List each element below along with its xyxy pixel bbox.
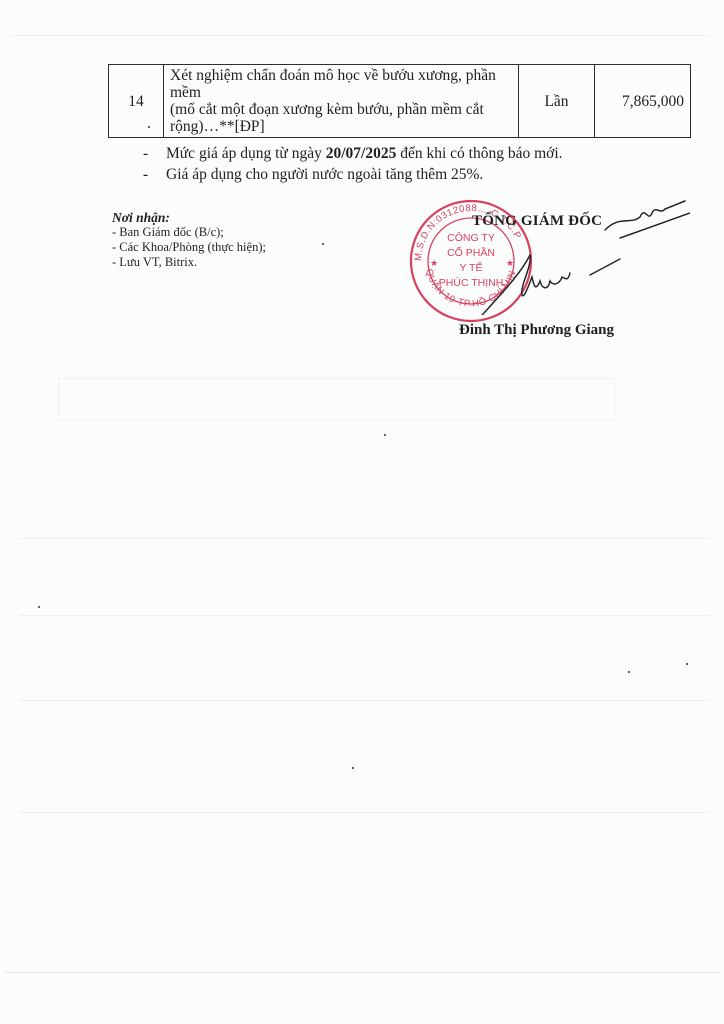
price: 7,865,000 [595,65,691,138]
row-number: 14 [109,65,164,138]
handwritten-signature-icon [470,195,690,315]
bleed-through-line [20,615,710,616]
document-page: 14 Xét nghiệm chẩn đoán mô học về bướu x… [0,0,724,1024]
note-prefix: Mức giá áp dụng từ ngày [166,145,326,162]
service-name-line: Xét nghiệm chẩn đoán mô học về bướu xươn… [170,67,512,101]
note-suffix: đến khi có thông báo mới. [396,145,562,162]
notes-list: - Mức giá áp dụng từ ngày 20/07/2025 đến… [143,143,563,185]
recipient-item: - Các Khoa/Phòng (thực hiện); [112,240,266,255]
bullet: - [143,164,166,185]
bleed-through-line [20,812,710,813]
scan-speck [686,663,688,665]
price-table: 14 Xét nghiệm chẩn đoán mô học về bướu x… [108,64,691,138]
scan-speck [322,243,324,245]
note-item: - Giá áp dụng cho người nước ngoài tăng … [143,164,563,185]
signer-name: Đinh Thị Phương Giang [459,322,614,339]
recipients: Nơi nhận: - Ban Giám đốc (B/c); - Các Kh… [112,210,266,270]
scan-speck [352,767,354,769]
bullet: - [143,143,166,164]
unit: Lần [519,65,595,138]
scan-speck [628,671,630,673]
recipients-header: Nơi nhận: [112,210,266,225]
bleed-through-line [5,972,719,973]
note-text: Giá áp dụng cho người nước ngoài tăng th… [166,164,483,185]
bleed-through-line [20,700,710,701]
scan-speck [38,606,40,608]
svg-text:★: ★ [430,258,438,268]
note-text: Mức giá áp dụng từ ngày 20/07/2025 đến k… [166,143,563,164]
bleed-through-line [10,35,710,36]
recipient-item: - Lưu VT, Bitrix. [112,255,266,270]
service-name-line: (mổ cắt một đoạn xương kèm bướu, phần mề… [170,101,512,118]
scan-speck [148,126,150,128]
effective-date: 20/07/2025 [326,145,397,162]
service-name-line: rộng)…**[ĐP] [170,118,512,135]
bleed-through-line [20,538,710,539]
scan-speck [384,434,386,436]
note-item: - Mức giá áp dụng từ ngày 20/07/2025 đến… [143,143,563,164]
recipient-item: - Ban Giám đốc (B/c); [112,225,266,240]
table-row: 14 Xét nghiệm chẩn đoán mô học về bướu x… [109,65,691,138]
service-name: Xét nghiệm chẩn đoán mô học về bướu xươn… [164,65,519,138]
bleed-through-box [58,378,615,420]
